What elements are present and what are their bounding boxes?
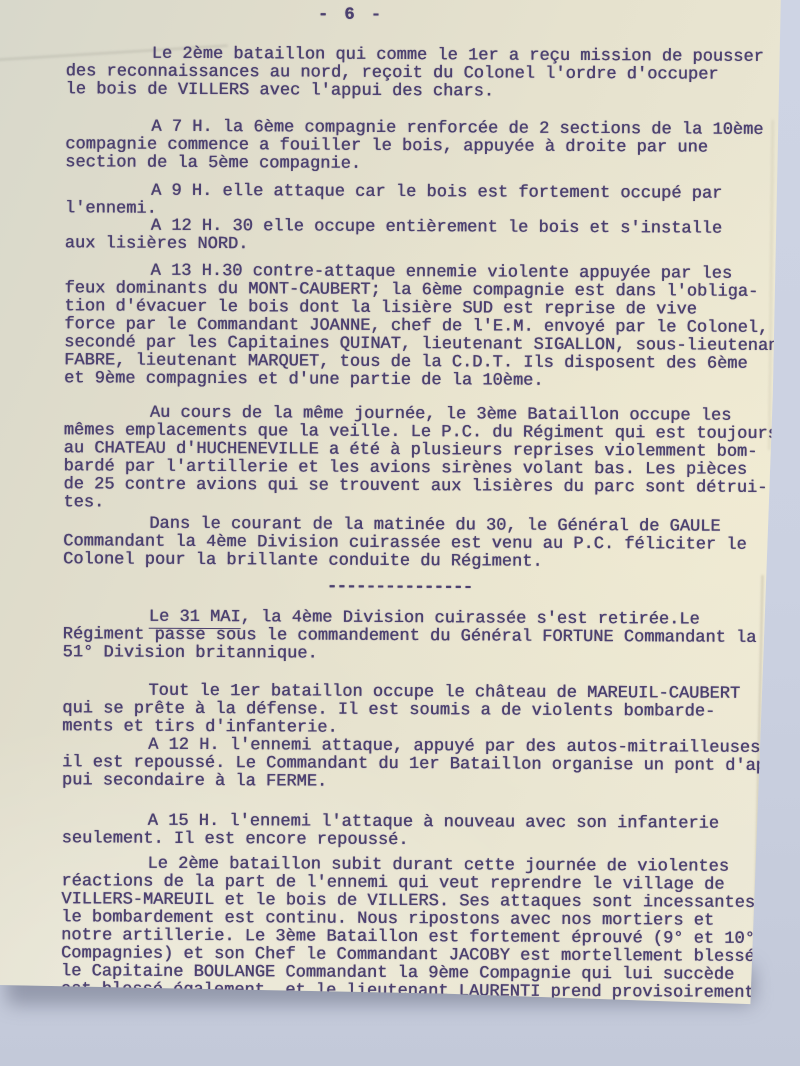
text-line: de 25 contre avions qui se trouvent aux … xyxy=(63,476,777,498)
text-line: tes. xyxy=(63,494,777,516)
typed-separator: --------------- xyxy=(327,578,473,598)
text-line: pui secondaire à la FERME. xyxy=(62,772,776,794)
text-line: Colonel pour la brillante conduite du Ré… xyxy=(63,551,747,573)
text-line: A 9 H. elle attaque car le bois est fort… xyxy=(65,182,722,203)
text-line: seulement. Il est encore repoussé. xyxy=(62,830,719,851)
paragraph: A 15 H. l'ennemi l'attaque à nouveau ave… xyxy=(62,812,719,851)
text-line: aux lisières NORD. xyxy=(65,235,722,256)
paragraph: Le 2ème bataillon subit durant cette jou… xyxy=(61,855,766,1003)
paragraphs-container: Le 2ème bataillon qui comme le 1er a reç… xyxy=(0,0,800,2)
paragraph: Dans le courant de la matinée du 30, le … xyxy=(63,515,747,573)
typewritten-text: - 6 - --------------- Le 2ème bataillon … xyxy=(0,0,800,1066)
paragraph: A 13 H.30 contre-attaque ennemie violent… xyxy=(64,262,779,392)
paragraph: Le 2ème bataillon qui comme le 1er a reç… xyxy=(65,45,763,103)
text-line: et 9ème compagnies et d'une partie de la… xyxy=(64,370,778,392)
paragraph: Tout le 1er bataillon occupe le château … xyxy=(62,682,740,740)
text-line: 51° Division britannique. xyxy=(63,644,757,666)
paragraph: A 12 H. l'ennemi attaque, appuyé par des… xyxy=(62,736,776,794)
paragraph: Le 31 MAI, la 4ème Division cuirassée s'… xyxy=(63,608,757,666)
document-photo: - 6 - --------------- Le 2ème bataillon … xyxy=(0,0,800,1066)
text-line: le bois de VILLERS avec l'appui des char… xyxy=(65,81,763,103)
page-number: - 6 - xyxy=(318,6,384,25)
text-line: section de la 5ème compagnie. xyxy=(65,154,763,176)
paper-sheet: - 6 - --------------- Le 2ème bataillon … xyxy=(0,0,800,1066)
paragraph: A 7 H. la 6ème compagnie renforcée de 2 … xyxy=(65,118,763,176)
paragraph: A 12 H. 30 elle occupe entièrement le bo… xyxy=(65,217,722,256)
paragraph: Au cours de la même journée, le 3ème Bat… xyxy=(63,404,778,516)
